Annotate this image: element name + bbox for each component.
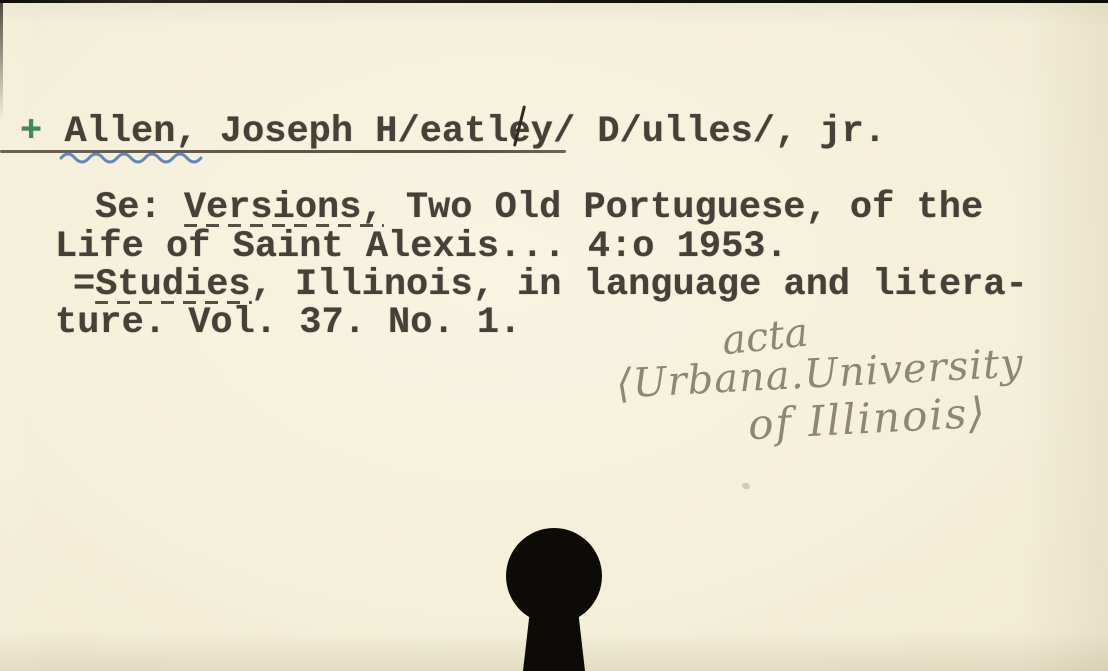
keyhole-punch — [0, 0, 1108, 671]
catalog-card: + Allen, Joseph H/eatley/ D/ulles/, jr. … — [0, 0, 1108, 671]
